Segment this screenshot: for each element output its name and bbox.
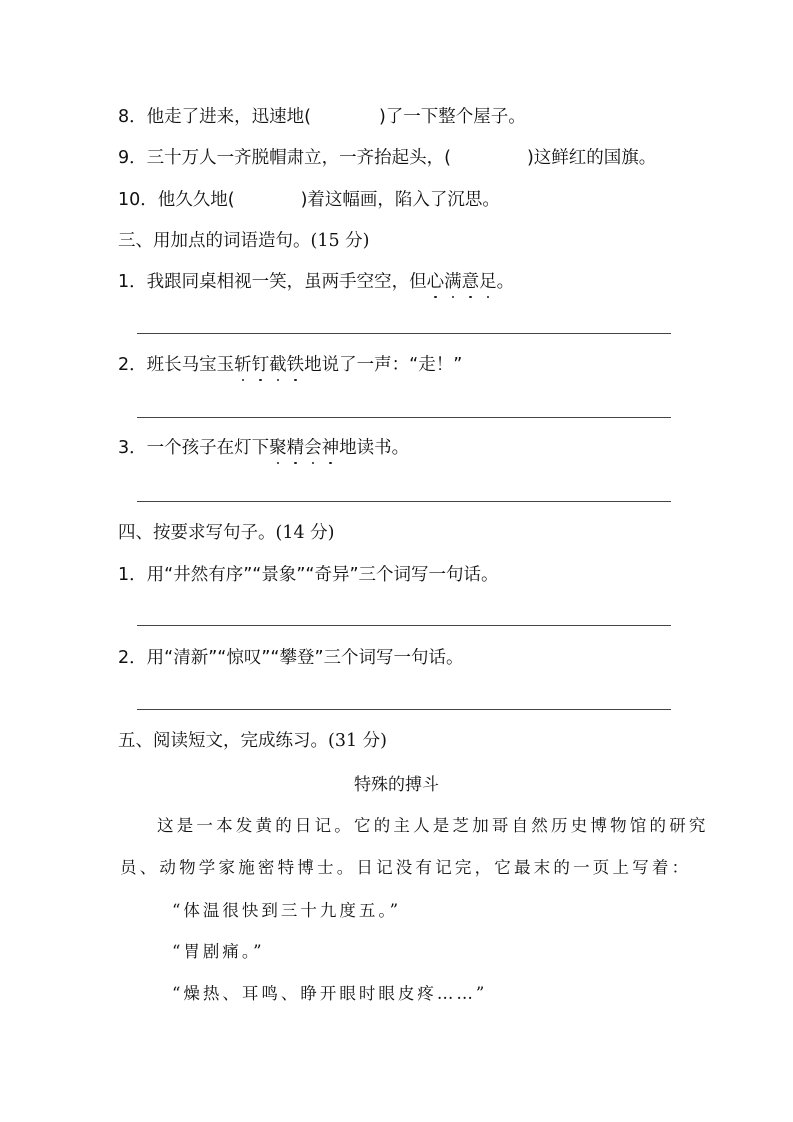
- dotted-char: 斩: [234, 353, 252, 377]
- section-score: (15 分): [311, 231, 370, 251]
- sentence-item-2: 2．班长马宝玉斩钉截铁地说了一声：“走！”: [118, 353, 462, 377]
- item-text-after: 。: [497, 272, 515, 292]
- dotted-char: 截: [269, 353, 287, 377]
- dotted-char: 会: [304, 436, 322, 460]
- dotted-char: 钉: [252, 353, 270, 377]
- dotted-char: 心: [427, 270, 445, 294]
- dotted-char: 意: [462, 270, 480, 294]
- section-score: (31 分): [328, 731, 387, 751]
- item-text: 用“清新”“惊叹”“攀登”三个词写一句话。: [147, 648, 464, 668]
- item-text-before: 他久久地(: [158, 190, 235, 210]
- passage-quote: “体温很快到三十九度五。”: [172, 897, 401, 921]
- dotted-char: 精: [287, 436, 305, 460]
- item-number: 9．: [118, 148, 147, 168]
- item-text-before: 三十万人一齐脱帽肃立，一齐抬起头，(: [147, 148, 451, 168]
- item-number: 3．: [118, 438, 147, 458]
- item-number: 8．: [118, 107, 147, 127]
- section-title: 五、阅读短文，完成练习。: [118, 731, 328, 751]
- item-text-before: 我跟同桌相视一笑，虽两手空空，但: [147, 272, 427, 292]
- section-3-heading: 三、用加点的词语造句。(15 分): [118, 229, 370, 253]
- section-title: 三、用加点的词语造句。: [118, 231, 311, 251]
- item-text-after: )着这幅画，陷入了沉思。: [301, 190, 500, 210]
- item-text-after: )这鲜红的国旗。: [527, 148, 656, 168]
- section-title: 四、按要求写句子。: [118, 523, 276, 543]
- item-text-after: 地读书。: [339, 438, 409, 458]
- passage-title: 特殊的搏斗: [0, 770, 793, 795]
- passage-quote: “燥热、耳鸣、睁开眼时眼皮疼……”: [172, 980, 487, 1004]
- answer-line[interactable]: [137, 709, 671, 710]
- dotted-char: 神: [322, 436, 340, 460]
- rewrite-item-1: 1．用“井然有序”“景象”“奇异”三个词写一句话。: [118, 563, 499, 587]
- item-number: 1．: [118, 272, 147, 292]
- dotted-char: 满: [444, 270, 462, 294]
- item-number: 1．: [118, 565, 147, 585]
- item-number: 2．: [118, 355, 147, 375]
- answer-line[interactable]: [137, 625, 671, 626]
- answer-line[interactable]: [137, 417, 671, 418]
- item-text: 用“井然有序”“景象”“奇异”三个词写一句话。: [147, 565, 499, 585]
- item-text-before: 他走了进来，迅速地(: [147, 107, 311, 127]
- sentence-item-1: 1．我跟同桌相视一笑，虽两手空空，但心满意足。: [118, 270, 514, 294]
- sentence-item-3: 3．一个孩子在灯下聚精会神地读书。: [118, 436, 409, 460]
- passage-paragraph-line-2: 员、动物学家施密特博士。日记没有记完，它最末的一页上写着：: [120, 854, 691, 878]
- section-5-heading: 五、阅读短文，完成练习。(31 分): [118, 729, 387, 753]
- item-text-after: 地说了一声：“走！”: [304, 355, 462, 375]
- item-number: 10．: [118, 190, 158, 210]
- section-score: (14 分): [276, 523, 335, 543]
- answer-line[interactable]: [137, 501, 671, 502]
- item-text-before: 班长马宝玉: [147, 355, 235, 375]
- dotted-char: 足: [479, 270, 497, 294]
- passage-paragraph-line-1: 这是一本发黄的日记。它的主人是芝加哥自然历史博物馆的研究: [157, 812, 709, 836]
- dotted-char: 铁: [287, 353, 305, 377]
- item-text-before: 一个孩子在灯下: [147, 438, 270, 458]
- fill-blank-item-9: 9．三十万人一齐脱帽肃立，一齐抬起头，()这鲜红的国旗。: [118, 146, 656, 170]
- answer-line[interactable]: [137, 333, 671, 334]
- dotted-char: 聚: [269, 436, 287, 460]
- item-text-after: )了一下整个屋子。: [379, 107, 526, 127]
- section-4-heading: 四、按要求写句子。(14 分): [118, 521, 335, 545]
- item-number: 2．: [118, 648, 147, 668]
- fill-blank-item-10: 10．他久久地()着这幅画，陷入了沉思。: [118, 188, 500, 212]
- rewrite-item-2: 2．用“清新”“惊叹”“攀登”三个词写一句话。: [118, 646, 464, 670]
- passage-quote: “胃剧痛。”: [172, 938, 265, 962]
- fill-blank-item-8: 8．他走了进来，迅速地()了一下整个屋子。: [118, 105, 526, 129]
